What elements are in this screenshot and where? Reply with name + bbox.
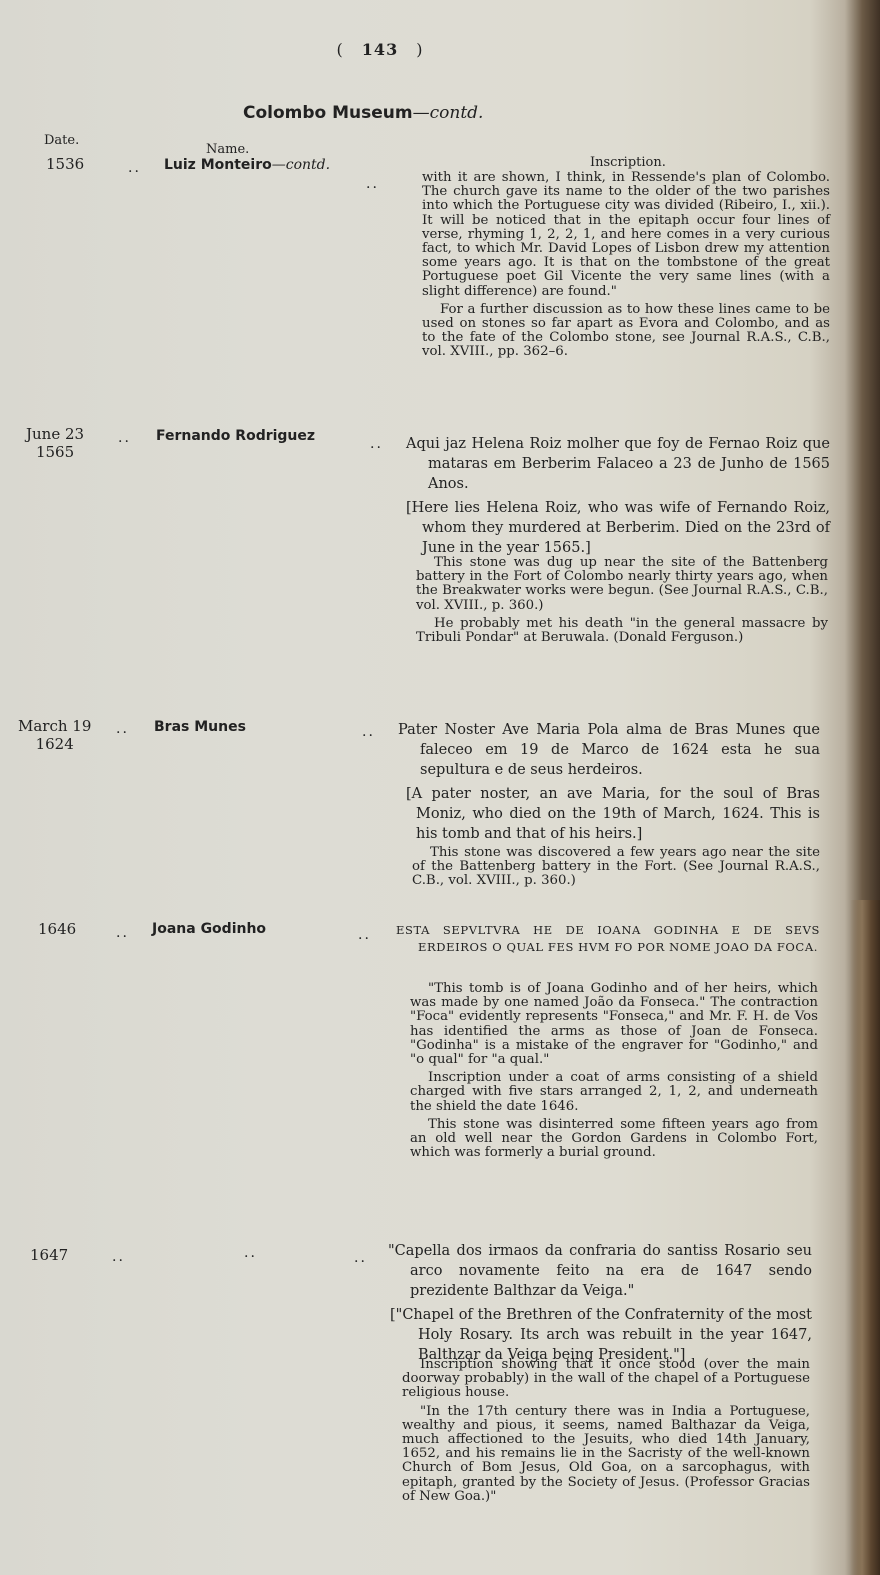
paragraph: "In the 17th century there was in India … [402, 1405, 810, 1504]
leader-dots: .. [116, 721, 129, 737]
leader-dots: .. [118, 430, 131, 446]
inscription-notes: "This tomb is of Joana Godinho and of he… [410, 982, 818, 1164]
entry-date: 1536 [46, 155, 84, 173]
leader-dots: .. [370, 436, 383, 452]
book-binding-edge [850, 900, 880, 1575]
inscription-text: ESTA SEPVLTVRA HE DE IOANA GODINHA E DE … [396, 922, 820, 960]
leader-dots: .. [116, 925, 129, 941]
paragraph: For a further discussion as to how these… [422, 303, 830, 360]
paragraph-translation: [A pater noster, an ave Maria, for the s… [396, 784, 820, 844]
paragraph: He probably met his death "in the genera… [416, 617, 828, 645]
leader-dots: .. [362, 724, 375, 740]
entry-name: Fernando Rodriguez [156, 428, 315, 444]
inscription-notes: This stone was dug up near the site of t… [416, 556, 828, 649]
inscription-notes: Inscription showing that it once stood (… [402, 1358, 810, 1508]
paragraph: Inscription under a coat of arms consist… [410, 1071, 818, 1114]
entry-date: 1647 [30, 1246, 68, 1264]
leader-dots: .. [354, 1250, 367, 1266]
paragraph-original: "Capella dos irmaos da confraria do sant… [388, 1241, 812, 1301]
entry-date: 1646 [38, 920, 76, 938]
paragraph: This stone was discovered a few years ag… [412, 846, 820, 889]
paragraph: "This tomb is of Joana Godinho and of he… [410, 982, 818, 1067]
inscription-text: with it are shown, I think, in Ressende'… [422, 171, 830, 364]
leader-dots: .. [366, 176, 379, 192]
entry-name: Luiz Monteiro—contd. [164, 157, 330, 173]
paragraph-translation: [Here lies Helena Roiz, who was wife of … [400, 498, 830, 558]
paragraph-translation: ["Chapel of the Brethren of the Confrate… [384, 1305, 812, 1365]
inscription-notes: This stone was discovered a few years ag… [412, 846, 820, 893]
entry-name-placeholder: .. [244, 1245, 257, 1261]
leader-dots: .. [358, 927, 371, 943]
leader-dots: .. [128, 160, 141, 176]
page-number: (143) [0, 40, 760, 59]
column-header-date: Date. [44, 133, 79, 148]
paragraph-original: Pater Noster Ave Maria Pola alma de Bras… [398, 720, 820, 780]
inscription-text: "Capella dos irmaos da confraria do sant… [388, 1241, 812, 1369]
inscription-text: Pater Noster Ave Maria Pola alma de Bras… [398, 720, 820, 848]
paragraph-original: ESTA SEPVLTVRA HE DE IOANA GODINHA E DE … [396, 922, 820, 956]
paragraph: Inscription showing that it once stood (… [402, 1358, 810, 1401]
column-header-inscription: Inscription. [590, 155, 666, 170]
paragraph-original: Aqui jaz Helena Roiz molher que foy de F… [406, 434, 830, 494]
entry-name: Joana Godinho [152, 921, 266, 937]
page-title: Colombo Museum—contd. [243, 103, 483, 123]
paragraph: This stone was disinterred some fifteen … [410, 1118, 818, 1161]
column-header-name: Name. [206, 142, 249, 157]
paragraph: This stone was dug up near the site of t… [416, 556, 828, 613]
paragraph: with it are shown, I think, in Ressende'… [422, 171, 830, 299]
entry-date: June 231565 [26, 425, 84, 461]
entry-name: Bras Munes [154, 719, 246, 735]
entry-date: March 191624 [18, 717, 91, 753]
inscription-text: Aqui jaz Helena Roiz molher que foy de F… [406, 434, 830, 562]
leader-dots: .. [112, 1249, 125, 1265]
